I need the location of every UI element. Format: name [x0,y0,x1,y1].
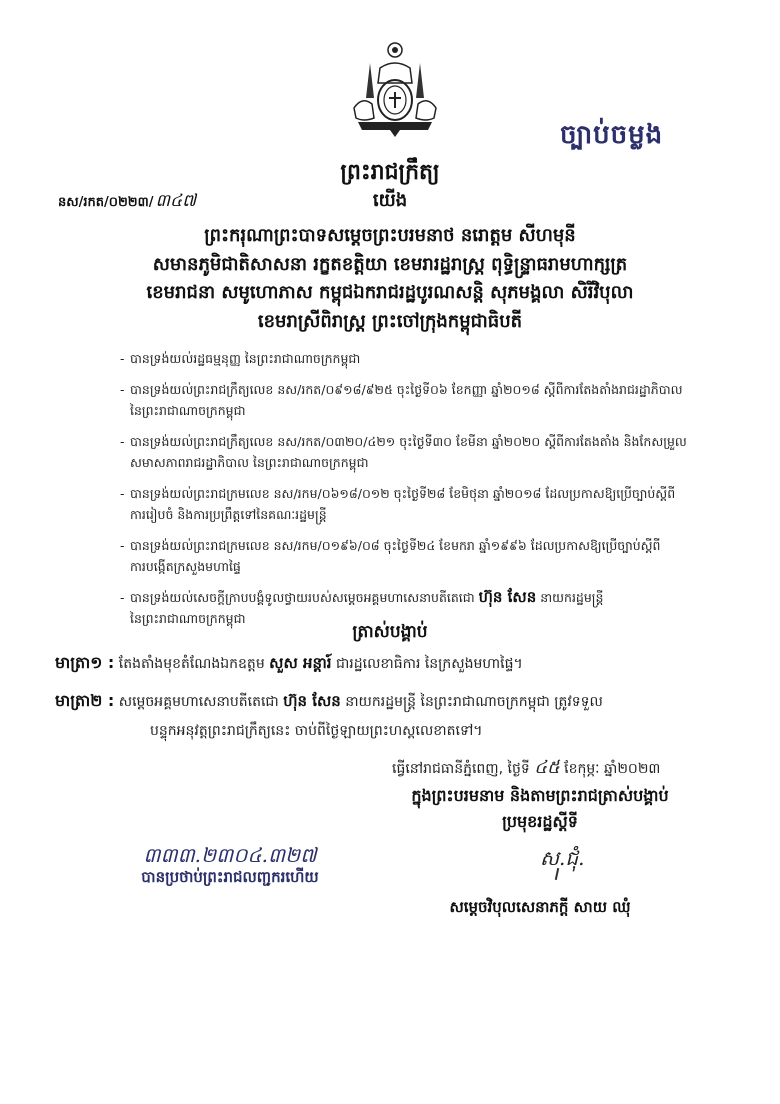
preamble-item: - បានទ្រង់យល់ព្រះរាជក្រមលេខ នស/រកម/០១៩៦/… [120,535,720,577]
decree-title: ព្រះរាជក្រឹត្យ [0,158,780,190]
day-handwritten: ៤៥ [534,757,560,778]
king-title-line: ខេមរាស្រីពិរាស្ត្រ ព្រះចៅក្រុងកម្ពុជាធិប… [0,308,780,337]
appointee-name: សួស អន្តារ៍ [269,654,331,672]
on-behalf-block: ក្នុងព្រះបរមនាម និងតាមព្រះរាជត្រាស់បង្គា… [380,783,700,835]
article-1: មាត្រា១ : តែងតាំងមុខតំណែងឯកឧត្តម សួស អន្… [55,652,735,676]
king-title-line: សមានភូមិជាតិសាសនា រក្ខតខត្តិយា ខេមរារដ្ឋ… [0,251,780,280]
decides-heading: ត្រាស់បង្គាប់ [0,621,780,646]
article-label: មាត្រា១ : [55,653,114,672]
prime-minister-name: ហ៊ុន សែន [283,692,341,710]
preamble-item: - បានទ្រង់យល់ព្រះរាជក្រឹត្យលេខ នស/រកត/០៣… [120,431,720,473]
king-title-line: ព្រះករុណាព្រះបាទសម្តេចព្រះបរមនាថ នរោត្តម… [0,222,780,251]
signature: ស.ជុំ. [540,845,584,875]
signer-name: សម្តេចវិបុលសេនាភក្តី សាយ ឈុំ [380,898,700,920]
preamble-item: - បានទ្រង់យល់ព្រះរាជក្រឹត្យលេខ នស/រកត/០៩… [120,379,720,421]
we-heading: យើង [0,188,780,215]
royal-coat-of-arms-icon [340,38,450,138]
king-title: ព្រះករុណាព្រះបាទសម្តេចព្រះបរមនាថ នរោត្តម… [0,222,780,336]
article-2: មាត្រា២ : សម្តេចអគ្គមហាសេនាបតីតេជោ ហ៊ុន … [55,686,735,746]
king-title-line: ខេមរាជនា សមូហោភាស កម្ពុជឯករាជរដ្ឋបូរណសន្… [0,279,780,308]
place-date: ធ្វើនៅរាជធានីភ្នំពេញ, ថ្ងៃទី ៤៥ ខែកុម្ភៈ… [392,755,660,782]
prime-minister-name: ហ៊ុន សែន [479,588,537,606]
preamble-item: - បានទ្រង់យល់ព្រះរាជក្រមលេខ នស/រកម/០៦១៨/… [120,483,720,525]
preamble-item: - បានទ្រង់យល់រដ្ឋធម្មនុញ្ញ នៃព្រះរាជាណាច… [120,348,720,369]
royal-seal-note: បានប្រថាប់ព្រះរាជលញ្ជករហើយ [100,868,360,890]
copy-stamp: ច្បាប់ចម្លង [560,118,663,156]
article-label: មាត្រា២ : [55,691,114,710]
preamble-list: - បានទ្រង់យល់រដ្ឋធម្មនុញ្ញ នៃព្រះរាជាណាច… [120,348,720,639]
